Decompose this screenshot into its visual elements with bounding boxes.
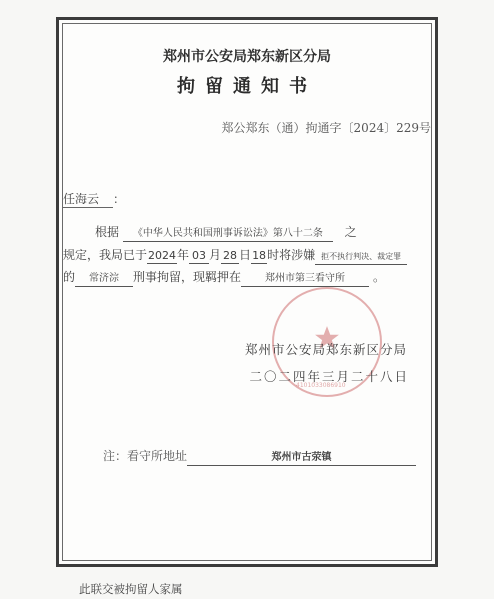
line3-prefix: 的 <box>63 270 75 284</box>
copy-destination-note: 此联交被拘留人家属 <box>79 581 183 597</box>
detainee-name: 常济淙 <box>75 272 133 287</box>
line1-suffix: 之 <box>345 225 357 239</box>
detention-year: 2024 <box>147 249 177 264</box>
facility-address: 郑州市古荥镇 <box>187 451 416 466</box>
document-number: 郑公郑东（通）拘通字〔2024〕229号 <box>222 119 431 136</box>
document-title: 拘留通知书 <box>59 72 435 98</box>
body-line-1: 根据 《中华人民共和国刑事诉讼法》第八十二条 之 <box>95 223 357 242</box>
signing-organization: 郑州市公安局郑东新区分局 <box>245 340 407 358</box>
document-border: 郑州市公安局郑东新区分局 拘留通知书 郑公郑东（通）拘通字〔2024〕229号 … <box>56 17 438 567</box>
line3-suffix: 。 <box>373 270 385 284</box>
facility-address-note: 注：看守所地址郑州市古荥镇 <box>103 447 416 466</box>
recipient-name: 任海云 <box>63 190 113 208</box>
line1-prefix: 根据 <box>95 225 119 239</box>
document-inner-border <box>62 23 432 561</box>
year-label: 年 <box>177 248 189 262</box>
law-basis: 《中华人民共和国刑事诉讼法》第八十二条 <box>123 227 333 242</box>
detention-month: 03 <box>189 249 209 264</box>
detention-day: 28 <box>221 249 239 264</box>
body-line-3: 的常济淙刑事拘留，现羁押在郑州市第三看守所。 <box>63 268 385 287</box>
issuing-organization: 郑州市公安局郑东新区分局 <box>59 46 435 66</box>
note-label: 注：看守所地址 <box>103 449 187 463</box>
line2-prefix: 规定，我局已于 <box>63 248 147 262</box>
line3-middle: 刑事拘留，现羁押在 <box>133 270 241 284</box>
month-label: 月 <box>209 248 221 262</box>
detention-facility: 郑州市第三看守所 <box>241 272 369 287</box>
day-label: 日 <box>239 248 251 262</box>
recipient-colon: ： <box>113 192 125 206</box>
charge: 拒不执行判决、裁定罪 <box>315 250 407 265</box>
signing-date: 二〇二四年三月二十八日 <box>249 367 409 385</box>
hour-label: 时将涉嫌 <box>267 248 315 262</box>
recipient-line: 任海云： <box>63 190 125 208</box>
body-line-2: 规定，我局已于2024年03月28日18时将涉嫌拒不执行判决、裁定罪 <box>63 246 407 265</box>
detention-hour: 18 <box>251 249 267 264</box>
